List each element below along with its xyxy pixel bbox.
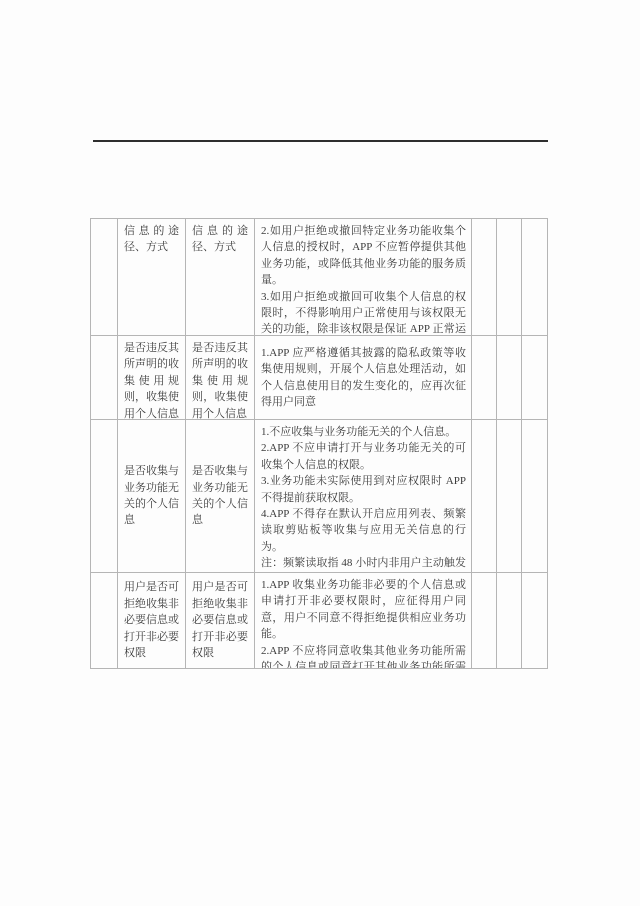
requirement-item: 3.业务功能未实际使用到对应权限时 APP 不得提前获取权限。 xyxy=(261,473,466,506)
result-cell-2 xyxy=(497,420,522,573)
result-cell-3 xyxy=(522,219,548,336)
requirements-cell: 2.如用户拒绝或撤回特定业务功能收集个人信息的授权时，APP 不应暂停提供其他业… xyxy=(255,219,472,336)
check-item-cell: 是否违反其所声明的收集使用规则，收集使用个人信息 xyxy=(118,336,186,420)
check-item-cell: 信息的途径、方式 xyxy=(118,219,186,336)
requirement-item: 3.如用户拒绝或撤回可收集个人信息的权限时，不得影响用户正常使用与该权限无关的功… xyxy=(261,289,466,336)
check-item-cell: 用户是否可拒绝收集非必要信息或打开非必要权限 xyxy=(118,573,186,669)
check-item-text: 是否违反其所声明的收集使用规则，收集使用个人信息 xyxy=(124,340,179,420)
left-margin-cell xyxy=(91,336,118,420)
requirement-note: 注：频繁读取指 48 小时内非用户主动触发的申请两次及以上。 xyxy=(261,555,466,573)
requirement-item: 2.APP 不应申请打开与业务功能无关的可收集个人信息的权限。 xyxy=(261,440,466,473)
left-margin-cell xyxy=(91,219,118,336)
check-item-repeat-cell: 信息的途径、方式 xyxy=(186,219,255,336)
check-item-text: 是否收集与业务功能无关的个人信息 xyxy=(192,463,248,529)
check-item-text: 信息的途径、方式 xyxy=(124,223,179,256)
requirements-cell: 1.APP 收集业务功能非必要的个人信息或申请打开非必要权限时，应征得用户同意，… xyxy=(255,573,472,669)
result-cell-3 xyxy=(522,336,548,420)
result-cell-1 xyxy=(472,573,497,669)
check-item-text: 是否违反其所声明的收集使用规则，收集使用个人信息 xyxy=(192,340,248,420)
left-margin-cell xyxy=(91,420,118,573)
document-page: 信息的途径、方式 信息的途径、方式 2.如用户拒绝或撤回特定业务功能收集个人信息… xyxy=(0,0,640,906)
check-item-text: 用户是否可拒绝收集非必要信息或打开非必要权限 xyxy=(192,579,248,661)
check-item-cell: 是否收集与业务功能无关的个人信息 xyxy=(118,420,186,573)
check-item-repeat-cell: 是否违反其所声明的收集使用规则，收集使用个人信息 xyxy=(186,336,255,420)
requirement-item: 2.APP 不应将同意收集其他业务功能所需的个人信息或同意打开其他业务功能所需可… xyxy=(261,643,466,669)
check-item-repeat-cell: 是否收集与业务功能无关的个人信息 xyxy=(186,420,255,573)
page-header-rule xyxy=(93,140,548,142)
result-cell-1 xyxy=(472,420,497,573)
result-cell-2 xyxy=(497,336,522,420)
result-cell-1 xyxy=(472,336,497,420)
requirement-item: 4.APP 不得存在默认开启应用列表、频繁读取剪贴板等收集与应用无关信息的行为。 xyxy=(261,506,466,555)
check-item-repeat-cell: 用户是否可拒绝收集非必要信息或打开非必要权限 xyxy=(186,573,255,669)
check-item-text: 是否收集与业务功能无关的个人信息 xyxy=(124,463,179,529)
check-item-text: 信息的途径、方式 xyxy=(192,223,248,256)
requirement-item: 2.如用户拒绝或撤回特定业务功能收集个人信息的授权时，APP 不应暂停提供其他业… xyxy=(261,223,466,289)
requirement-item: 1.不应收集与业务功能无关的个人信息。 xyxy=(261,424,466,440)
left-margin-cell xyxy=(91,573,118,669)
result-cell-1 xyxy=(472,219,497,336)
check-item-text: 用户是否可拒绝收集非必要信息或打开非必要权限 xyxy=(124,579,179,661)
requirement-item: 1.APP 应严格遵循其披露的隐私政策等收集使用规则，开展个人信息处理活动，如个… xyxy=(261,345,466,411)
requirements-cell: 1.APP 应严格遵循其披露的隐私政策等收集使用规则，开展个人信息处理活动，如个… xyxy=(255,336,472,420)
result-cell-3 xyxy=(522,573,548,669)
result-cell-3 xyxy=(522,420,548,573)
result-cell-2 xyxy=(497,219,522,336)
requirement-item: 1.APP 收集业务功能非必要的个人信息或申请打开非必要权限时，应征得用户同意，… xyxy=(261,577,466,643)
result-cell-2 xyxy=(497,573,522,669)
compliance-table: 信息的途径、方式 信息的途径、方式 2.如用户拒绝或撤回特定业务功能收集个人信息… xyxy=(90,218,548,669)
requirements-cell: 1.不应收集与业务功能无关的个人信息。 2.APP 不应申请打开与业务功能无关的… xyxy=(255,420,472,573)
